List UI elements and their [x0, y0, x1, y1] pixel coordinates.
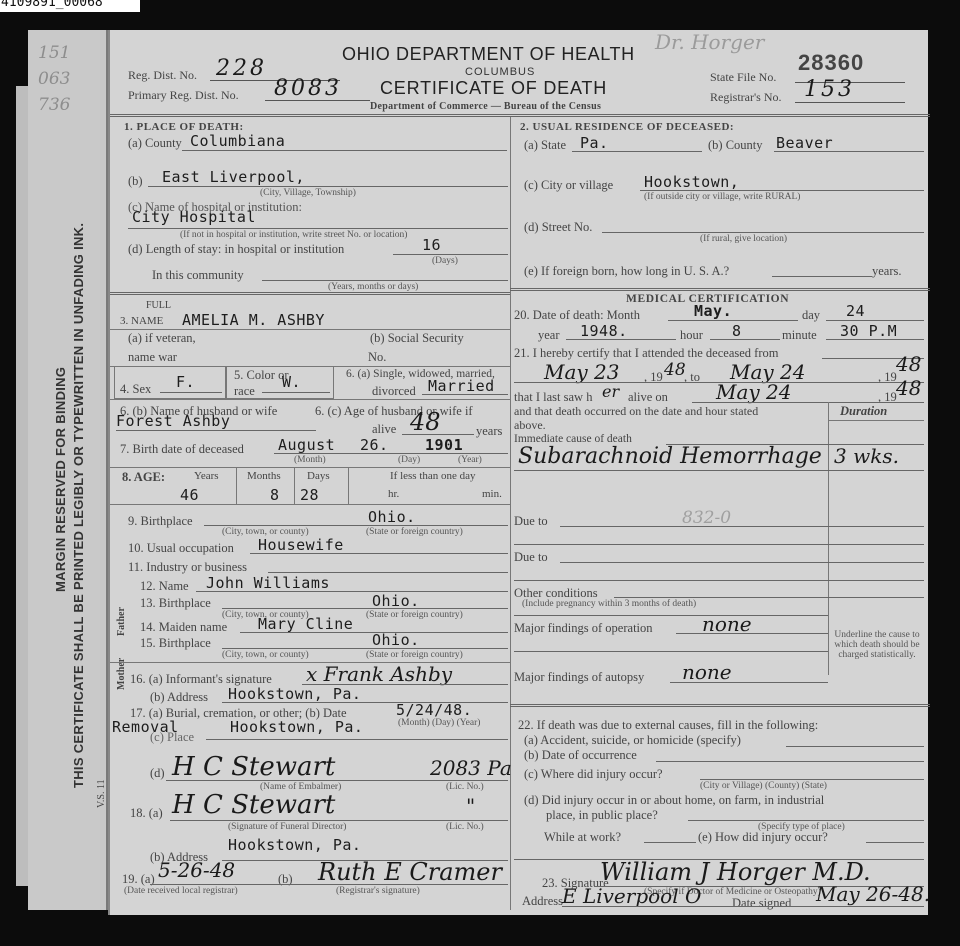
pencil-note: Dr. Horger [655, 30, 764, 54]
residence-city-value: Hookstown, [644, 173, 739, 191]
veteran-war-label: name war [128, 350, 177, 365]
death-county-value: Columbiana [190, 132, 285, 150]
age-days-label: Days [307, 470, 330, 482]
accident-type-label: (a) Accident, suicide, or homicide (spec… [524, 733, 741, 748]
spouse-age-label: 6. (c) Age of husband or wife if [315, 404, 473, 419]
age-years-value: 46 [180, 486, 199, 504]
length-of-stay-label: (d) Length of stay: in hospital or insti… [128, 242, 344, 257]
death-minute-label: minute [782, 328, 817, 343]
date-signed-value: May 26-48. [816, 882, 930, 906]
operation-findings-label: Major findings of operation [514, 621, 653, 636]
death-month-value: May. [694, 302, 732, 320]
length-of-stay-hint: (Days) [432, 256, 458, 266]
death-county-label: (a) County [128, 136, 182, 151]
margin-handwritten-numbers: 151 063 736 [38, 40, 70, 118]
funeral-director-label: 18. (a) [130, 806, 163, 821]
death-occurred-above: above. [514, 418, 546, 433]
community-hint: (Years, months or days) [328, 282, 418, 292]
age-months-value: 8 [270, 486, 280, 504]
occupation-value: Housewife [258, 536, 344, 554]
race-label: 5. Color or [234, 368, 289, 383]
death-city-label: (b) [128, 174, 143, 189]
other-conditions-hint: (Include pregnancy within 3 months of de… [522, 599, 696, 609]
last-saw-date: May 24 [716, 380, 792, 404]
primary-reg-dist-value: 8083 [274, 76, 342, 101]
mother-name-label: 14. Maiden name [140, 620, 227, 635]
length-of-stay-value: 16 [422, 236, 441, 254]
birth-year-hint: (Year) [458, 455, 482, 465]
registrar-number-label: Registrar's No. [710, 90, 781, 105]
age-days-value: 28 [300, 486, 319, 504]
death-day-value: 24 [846, 302, 865, 320]
race-value: W. [282, 373, 301, 391]
occurrence-date-label: (b) Date of occurrence [524, 748, 637, 763]
mother-birthplace-label: 15. Birthplace [140, 636, 211, 651]
birth-day-hint: (Day) [398, 455, 420, 465]
birth-month-hint: (Month) [294, 455, 326, 465]
registrar-number-value: 153 [804, 77, 855, 102]
reg-dist-label: Reg. Dist. No. [128, 68, 197, 83]
date-signed-label: Date signed [732, 896, 791, 911]
external-causes-heading: 22. If death was due to external causes,… [518, 718, 818, 733]
residence-city-hint: (If outside city or village, write RURAL… [644, 192, 800, 202]
certificate-title: CERTIFICATE OF DEATH [380, 78, 607, 99]
mother-birthplace-city-hint: (City, town, or county) [222, 650, 309, 660]
last-saw-pronoun: er [602, 382, 619, 401]
funeral-director-license: " [466, 794, 475, 818]
death-city-value: East Liverpool, [162, 168, 305, 186]
father-name-label: 12. Name [140, 579, 189, 594]
hospital-hint: (If not in hospital or institution, writ… [180, 230, 407, 240]
alive-on-label: alive on [628, 390, 668, 405]
death-minute-value: 30 P.M [840, 322, 897, 340]
while-at-work-label: While at work? [544, 830, 621, 845]
age-months-label: Months [247, 470, 281, 482]
burial-date-value: 5/24/48. [396, 701, 472, 719]
birth-year-value: 1901 [425, 436, 463, 454]
death-certificate: Reg. Dist. No. 228 Primary Reg. Dist. No… [108, 30, 928, 915]
full-name-prefix: FULL [146, 300, 171, 311]
ssn-no-label: No. [368, 350, 386, 365]
mother-birthplace-value: Ohio. [372, 631, 420, 649]
received-date-value: 5-26-48 [158, 858, 235, 882]
residence-heading: 2. USUAL RESIDENCE OF DECEASED: [520, 121, 734, 133]
binding-note: MARGIN RESERVED FOR BINDING [53, 367, 68, 592]
sex-label: 4. Sex [120, 382, 151, 397]
embalmer-lic-hint: (Lic. No.) [446, 782, 484, 792]
foreign-born-suffix: years. [872, 264, 902, 279]
father-birthplace-label: 13. Birthplace [140, 596, 211, 611]
due-to-label-2: Due to [514, 550, 548, 565]
residence-county-value: Beaver [776, 134, 833, 152]
burial-place-value: Hookstown, Pa. [230, 718, 363, 736]
industry-label: 11. Industry or business [128, 560, 247, 575]
physician-address-label: Address [522, 894, 563, 909]
street-hint: (If rural, give location) [700, 234, 787, 244]
death-day-label: day [802, 308, 820, 323]
birth-month-value: August [278, 436, 335, 454]
last-saw-label: that I last saw h [514, 390, 592, 405]
ink-note: THIS CERTIFICATE SHALL BE PRINTED LEGIBL… [71, 223, 86, 788]
informant-address-value: Hookstown, Pa. [228, 685, 361, 703]
injury-place-label: (d) Did injury occur in or about home, o… [524, 793, 824, 808]
name-label: 3. NAME [120, 315, 163, 327]
father-birthplace-state-hint: (State or foreign country) [366, 610, 463, 620]
attended-from-year: 48 [664, 360, 686, 380]
autopsy-findings-value: none [682, 660, 732, 684]
spouse-alive-label: alive [372, 422, 396, 437]
embalmer-license: 2083 Pa [430, 756, 512, 780]
how-injury-label: (e) How did injury occur? [698, 830, 828, 845]
registrar-signature-hint: (Registrar's signature) [336, 886, 420, 896]
burial-date-hint: (Month) (Day) (Year) [398, 718, 480, 728]
community-label: In this community [152, 268, 244, 283]
primary-reg-dist-label: Primary Reg. Dist. No. [128, 88, 239, 103]
informant-address-label: (b) Address [150, 690, 208, 705]
residence-state-label: (a) State [524, 138, 566, 153]
embalmer-label: (d) [150, 766, 165, 781]
informant-signature-value: x Frank Ashby [306, 662, 452, 686]
birthplace-value: Ohio. [368, 508, 416, 526]
birth-day-value: 26. [360, 436, 389, 454]
reg-dist-value: 228 [216, 56, 267, 81]
underline-instruction: Underline the cause to which death shoul… [834, 630, 920, 660]
attended-from-value: May 23 [544, 360, 620, 384]
mother-name-value: Mary Cline [258, 615, 353, 633]
death-hour-value: 8 [732, 322, 742, 340]
occupation-label: 10. Usual occupation [128, 541, 234, 556]
certificate-header: Reg. Dist. No. 228 Primary Reg. Dist. No… [110, 30, 930, 117]
department-subtitle: Department of Commerce — Bureau of the C… [370, 101, 601, 112]
funeral-director-hint: (Signature of Funeral Director) [228, 822, 346, 832]
duration-header: Duration [840, 404, 887, 419]
injury-location-hint: (City or Village) (County) (State) [700, 781, 827, 791]
state-file-value: 28360 [798, 50, 864, 76]
age-minutes-label: min. [482, 488, 502, 500]
autopsy-findings-label: Major findings of autopsy [514, 670, 644, 685]
spouse-age-suffix: years [476, 424, 502, 439]
marital-sublabel: divorced [372, 384, 416, 399]
due-to-label-1: Due to [514, 514, 548, 529]
race-sublabel: race [234, 384, 255, 399]
last-saw-year: 48 [896, 376, 921, 400]
ssn-label: (b) Social Security [370, 331, 464, 346]
age-hours-label: hr. [388, 488, 399, 500]
immediate-cause-duration: 3 wks. [834, 444, 899, 468]
attended-to-year: 48 [896, 352, 921, 376]
veteran-label: (a) if veteran, [128, 331, 196, 346]
foreign-born-label: (e) If foreign born, how long in U. S. A… [524, 264, 729, 279]
form-code: V.S. 11 [96, 779, 107, 808]
received-date-hint: (Date received local registrar) [124, 886, 238, 896]
due-to-code: 832-0 [682, 508, 731, 528]
father-side-label: Father [116, 607, 127, 636]
marital-value: Married [428, 377, 495, 395]
birth-date-label: 7. Birth date of deceased [120, 442, 244, 457]
mother-birthplace-state-hint: (State or foreign country) [366, 650, 463, 660]
death-date-label: 20. Date of death: Month [514, 308, 640, 323]
residence-county-label: (b) County [708, 138, 763, 153]
street-label: (d) Street No. [524, 220, 592, 235]
birthplace-state-hint: (State or foreign country) [366, 527, 463, 537]
funeral-director-signature: H C Stewart [172, 790, 335, 820]
age-years-label: Years [194, 470, 219, 482]
binding-margin [28, 30, 108, 910]
death-year-value: 1948. [580, 322, 628, 340]
registrar-signature-value: Ruth E Cramer [318, 858, 502, 886]
injury-place-sublabel: place, in public place? [546, 808, 658, 823]
residence-state-value: Pa. [580, 134, 609, 152]
file-id-label: 4109891_00068 [0, 0, 140, 12]
age-less-than-day-label: If less than one day [390, 470, 476, 482]
birthplace-label: 9. Birthplace [128, 514, 193, 529]
certify-label: 21. I hereby certify that I attended the… [514, 346, 778, 361]
state-file-label: State File No. [710, 70, 776, 85]
immediate-cause-value: Subarachnoid Hemorrhage [518, 444, 822, 469]
hospital-value: City Hospital [132, 208, 256, 226]
embalmer-signature: H C Stewart [172, 752, 335, 782]
father-name-value: John Williams [206, 574, 330, 592]
burial-place-label: (c) Place [150, 730, 194, 745]
department-city: COLUMBUS [465, 66, 535, 78]
death-city-hint: (City, Village, Township) [260, 188, 356, 198]
department-title: OHIO DEPARTMENT OF HEALTH [342, 44, 635, 65]
spouse-age-value: 48 [410, 408, 441, 436]
residence-city-label: (c) City or village [524, 178, 613, 193]
death-hour-label: hour [680, 328, 703, 343]
funeral-address-value: Hookstown, Pa. [228, 836, 361, 854]
deceased-name-value: AMELIA M. ASHBY [182, 311, 325, 329]
funeral-director-lic-hint: (Lic. No.) [446, 822, 484, 832]
spouse-name-value: Forest Ashby [116, 412, 230, 430]
injury-location-label: (c) Where did injury occur? [524, 767, 663, 782]
sex-value: F. [176, 373, 195, 391]
death-year-label: year [538, 328, 560, 343]
death-occurred-label: and that death occurred on the date and … [514, 404, 758, 419]
age-label: 8. AGE: [122, 470, 165, 485]
physician-address-value: E Liverpool O [562, 884, 701, 908]
